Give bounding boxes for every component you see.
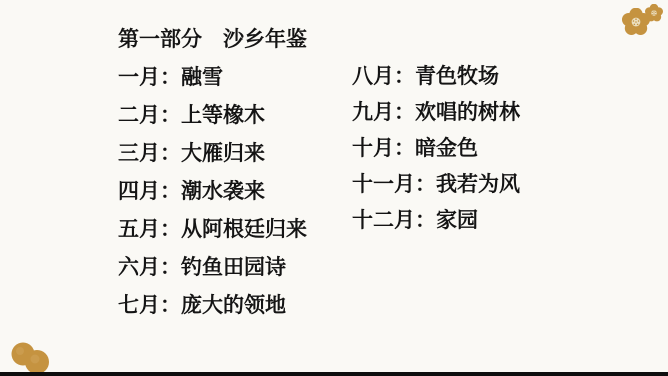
chapter-item-september: 九月：欢唱的树林 — [352, 95, 520, 131]
chapter-item-november: 十一月：我若为风 — [352, 167, 520, 203]
chapter-item-april: 四月：潮水袭来 — [118, 173, 307, 211]
chapter-list-right: 八月：青色牧场 九月：欢唱的树林 十月：暗金色 十一月：我若为风 十二月：家园 — [352, 59, 520, 239]
chapter-item-december: 十二月：家园 — [352, 203, 520, 239]
chapter-list-left: 一月：融雪 二月：上等橡木 三月：大雁归来 四月：潮水袭来 五月：从阿根廷归来 … — [118, 59, 307, 325]
flower-blossom-small-icon — [645, 4, 663, 22]
gold-circles-icon — [6, 342, 54, 376]
presentation-slide: 第一部分 沙乡年鉴 一月：融雪 二月：上等橡木 三月：大雁归来 四月：潮水袭来 … — [0, 0, 668, 376]
chapter-item-march: 三月：大雁归来 — [118, 135, 307, 173]
chapter-item-january: 一月：融雪 — [118, 59, 307, 97]
chapter-item-october: 十月：暗金色 — [352, 131, 520, 167]
slide-bottom-edge-bar — [0, 372, 668, 376]
slide-title: 第一部分 沙乡年鉴 — [118, 29, 307, 51]
chapter-item-may: 五月：从阿根廷归来 — [118, 211, 307, 249]
chapter-item-february: 二月：上等橡木 — [118, 97, 307, 135]
chapter-item-august: 八月：青色牧场 — [352, 59, 520, 95]
chapter-item-june: 六月：钓鱼田园诗 — [118, 249, 307, 287]
chapter-item-july: 七月：庞大的领地 — [118, 287, 307, 325]
